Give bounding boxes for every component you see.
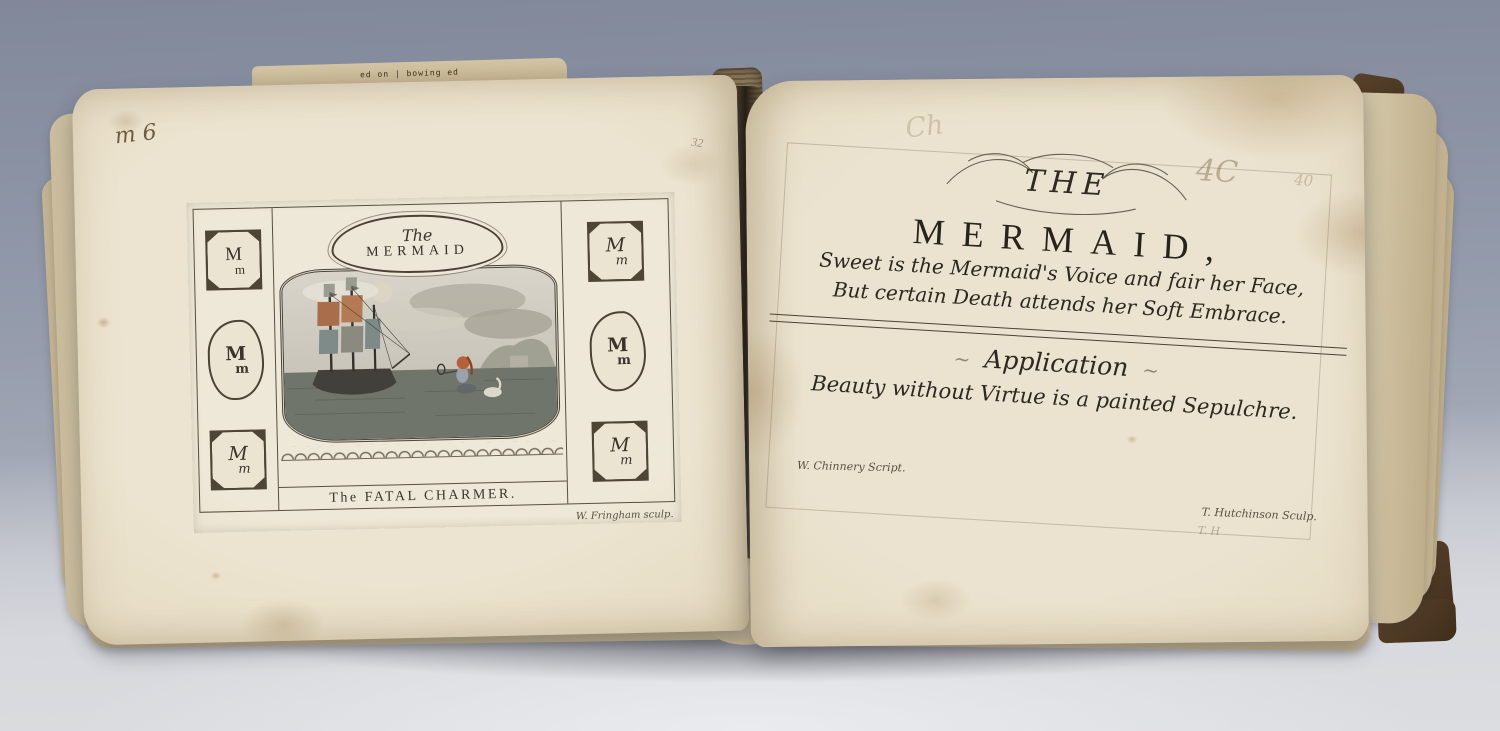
right-page: Ch 4C 40 THE MERMAID, Sweet is the Merma… <box>745 75 1369 647</box>
calligrapher-credit: W. Chinnery Script. <box>797 459 906 475</box>
plate-impression-mark <box>765 142 1332 540</box>
engraved-plate-fatal-charmer: M m M m M m <box>186 192 681 533</box>
monogram-letter: m <box>235 262 245 275</box>
monogram-panel: M m <box>207 319 265 400</box>
flourish: ~ <box>939 346 985 373</box>
monogram-panel: M m <box>587 221 644 282</box>
engraver-credit: W. Fringham sculp. <box>576 509 674 522</box>
plate-title-script: The <box>402 228 433 245</box>
monogram-letter: m <box>617 354 631 367</box>
ship-mermaid-vignette <box>279 264 561 444</box>
monogram-letter: M <box>228 444 248 463</box>
monogram-panel: M m <box>589 311 647 392</box>
plate-title-caps: MERMAID <box>366 244 469 261</box>
monogram-letter: m <box>238 462 251 475</box>
handwritten-inscription: m 6 <box>114 120 158 149</box>
pencil-mark: 32 <box>690 135 704 152</box>
plate-caption: The FATAL CHARMER. <box>279 480 567 510</box>
monogram-letter: M <box>606 236 626 255</box>
monogram-letter: M <box>225 244 242 263</box>
left-page: m 6 32 M m M m <box>72 75 749 646</box>
monogram-column-left: M m M m M m <box>194 208 280 512</box>
balustrade-arches <box>281 441 563 461</box>
plate-rule-border: M m M m M m <box>193 198 676 513</box>
faint-credit-echo: T. H <box>1198 524 1221 538</box>
monogram-panel: M m <box>205 229 262 290</box>
distant-building <box>510 355 528 367</box>
flourish: ~ <box>1128 357 1174 384</box>
monogram-letter: M <box>225 344 246 363</box>
monogram-letter: M <box>610 436 630 455</box>
monogram-panel: M m <box>210 429 267 490</box>
monogram-letter: m <box>615 254 628 267</box>
calligraphy-plate: THE MERMAID, Sweet is the Mermaid's Voic… <box>766 129 1347 597</box>
monogram-column-right: M m M m M m <box>560 199 674 503</box>
monogram-letter: m <box>620 453 633 466</box>
plate-center-column: The MERMAID <box>273 202 568 510</box>
vignette-illustration <box>282 267 558 441</box>
monogram-panel: M m <box>591 421 648 482</box>
monogram-letter: m <box>235 362 249 375</box>
